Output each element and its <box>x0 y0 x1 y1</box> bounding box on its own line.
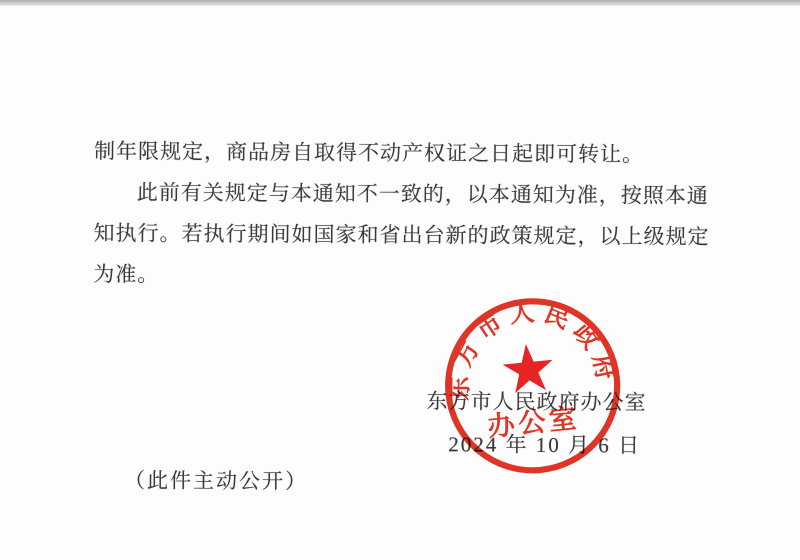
body-line-2: 此前有关规定与本通知不一致的，以本通知为准，按照本通 <box>94 172 754 217</box>
seal-office-text: 办公室 <box>486 403 581 442</box>
star-icon <box>501 342 556 394</box>
body-line-3: 知执行。若执行期间如国家和省出台新的政策规定，以上级规定 <box>93 213 753 258</box>
publicity-note: （此件主动公开） <box>124 464 308 495</box>
document-page: 制年限规定，商品房自取得不动产权证之日起即可转让。 此前有关规定与本通知不一致的… <box>0 0 800 560</box>
body-line-4: 为准。 <box>93 254 753 299</box>
official-seal: 东方市人民政府 办公室 <box>436 290 628 482</box>
notice-body: 制年限规定，商品房自取得不动产权证之日起即可转让。 此前有关规定与本通知不一致的… <box>93 131 754 299</box>
notice-content: 制年限规定，商品房自取得不动产权证之日起即可转让。 此前有关规定与本通知不一致的… <box>0 0 800 560</box>
body-line-1: 制年限规定，商品房自取得不动产权证之日起即可转让。 <box>94 131 754 176</box>
seal-arc-text: 东方市人民政府 <box>436 290 622 403</box>
